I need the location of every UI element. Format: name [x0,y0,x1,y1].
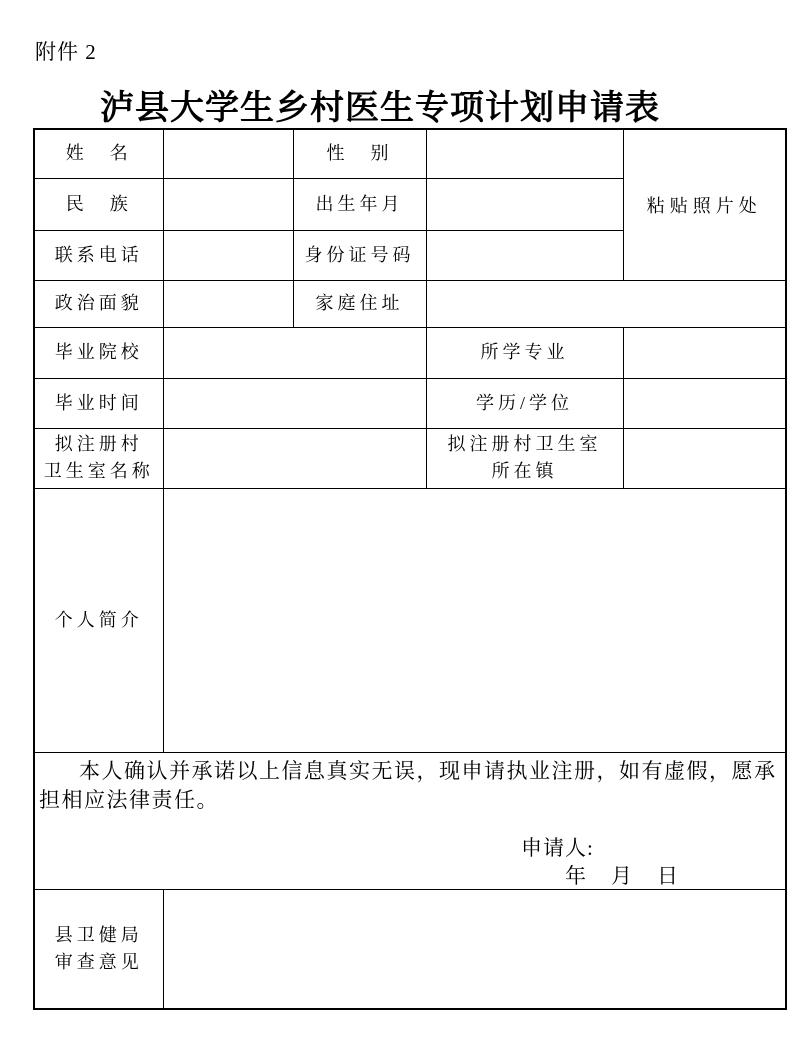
phone-label: 联系电话 [34,230,163,280]
school-field [163,327,426,378]
profile-label: 个人简介 [34,488,163,752]
profile-field [163,488,786,752]
review-opinion-field [163,889,786,1009]
clinic-name-field [163,428,426,488]
row-gradtime-degree: 毕业时间 学历/学位 [34,378,786,428]
graduation-time-label: 毕业时间 [34,378,163,428]
row-name-gender: 姓 名 性 别 粘贴照片处 [34,129,786,178]
gender-field [426,129,623,178]
review-opinion-label: 县卫健局 审查意见 [34,889,163,1009]
home-address-field [426,280,786,327]
id-number-field [426,230,623,280]
clinic-town-label: 拟注册村卫生室 所在镇 [426,428,623,488]
photo-paste-area: 粘贴照片处 [623,129,786,280]
row-review: 县卫健局 审查意见 [34,889,786,1009]
row-political-address: 政治面貌 家庭住址 [34,280,786,327]
ethnicity-label: 民 族 [34,178,163,230]
political-status-label: 政治面貌 [34,280,163,327]
applicant-signature-label: 申请人: [521,835,785,861]
id-number-label: 身份证号码 [293,230,426,280]
clinic-town-field [623,428,786,488]
name-label: 姓 名 [34,129,163,178]
date-label: 年 月 日 [565,863,785,889]
gender-label: 性 别 [293,129,426,178]
declaration-text: 本人确认并承诺以上信息真实无误，现申请执业注册，如有虚假，愿承担相应法律责任。 [35,753,785,815]
major-label: 所学专业 [426,327,623,378]
birth-date-field [426,178,623,230]
home-address-label: 家庭住址 [293,280,426,327]
row-profile: 个人简介 [34,488,786,752]
attachment-label: 附件 2 [35,36,97,66]
degree-field [623,378,786,428]
name-field [163,129,293,178]
phone-field [163,230,293,280]
political-status-field [163,280,293,327]
row-declaration: 本人确认并承诺以上信息真实无误，现申请执业注册，如有虚假，愿承担相应法律责任。 … [34,752,786,889]
degree-label: 学历/学位 [426,378,623,428]
row-clinic: 拟注册村 卫生室名称 拟注册村卫生室 所在镇 [34,428,786,488]
page-title: 泸县大学生乡村医生专项计划申请表 [0,80,760,129]
declaration-cell: 本人确认并承诺以上信息真实无误，现申请执业注册，如有虚假，愿承担相应法律责任。 … [34,752,786,889]
major-field [623,327,786,378]
row-school-major: 毕业院校 所学专业 [34,327,786,378]
application-form-table: 姓 名 性 别 粘贴照片处 民 族 出生年月 联系电话 身份证号码 政治面貌 家… [33,128,787,1010]
birth-date-label: 出生年月 [293,178,426,230]
ethnicity-field [163,178,293,230]
graduation-time-field [163,378,426,428]
school-label: 毕业院校 [34,327,163,378]
clinic-name-label: 拟注册村 卫生室名称 [34,428,163,488]
